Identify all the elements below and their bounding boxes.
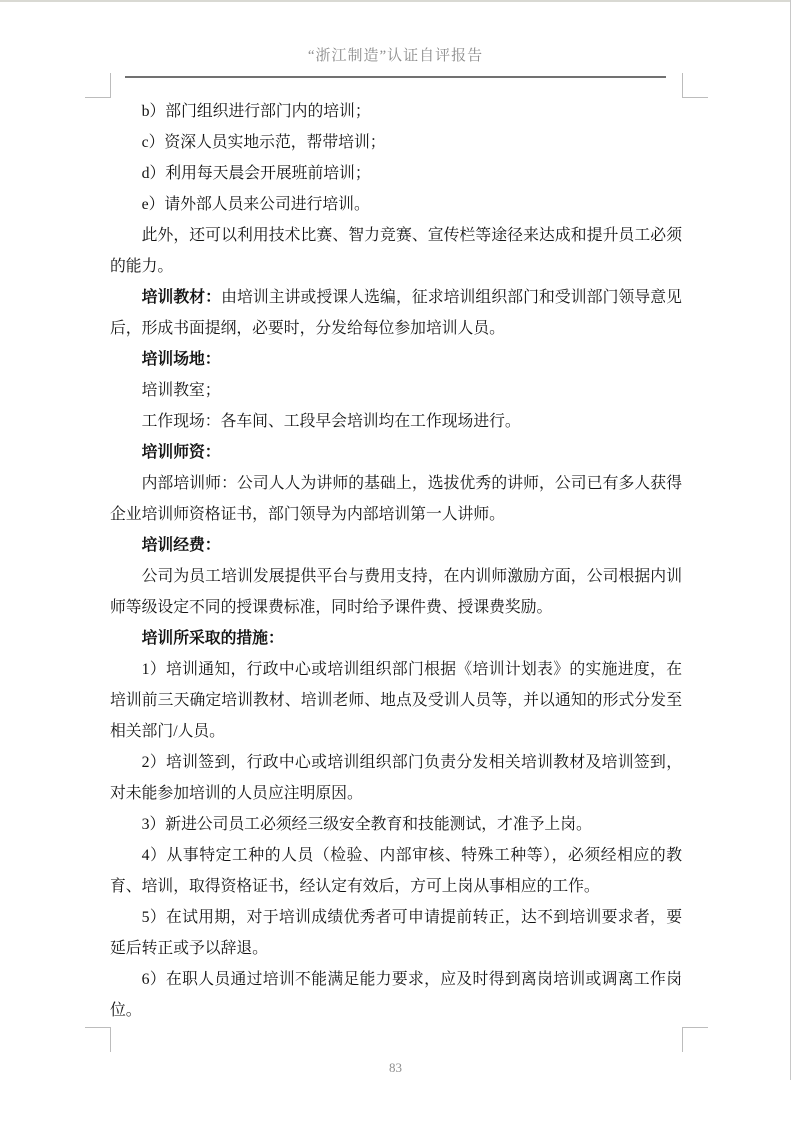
- paragraph-19: 5）在试用期，对于培训成绩优秀者可申请提前转正，达不到培训要求者，要延后转正或予…: [110, 902, 682, 964]
- document-page: “浙江制造”认证自评报告 b）部门组织进行部门内的培训；c）资深人员实地示范，帮…: [0, 0, 791, 1122]
- paragraph-14: 培训所采取的措施：: [110, 623, 682, 654]
- paragraph-15: 1）培训通知，行政中心或培训组织部门根据《培训计划表》的实施进度，在培训前三天确…: [110, 654, 682, 747]
- document-body: b）部门组织进行部门内的培训；c）资深人员实地示范，帮带培训；d）利用每天晨会开…: [110, 96, 682, 1026]
- paragraph-3: d）利用每天晨会开展班前培训；: [110, 158, 682, 189]
- text-boundary-corner-top-left: [85, 73, 111, 98]
- paragraph-16: 2）培训签到，行政中心或培训组织部门负责分发相关培训教材及培训签到，对未能参加培…: [110, 747, 682, 809]
- paragraph-heading: 培训师资：: [142, 444, 221, 461]
- page-header-title: “浙江制造”认证自评报告: [0, 44, 791, 65]
- paragraph-11: 内部培训师：公司人人为讲师的基础上，选拔优秀的讲师，公司已有多人获得企业培训师资…: [110, 468, 682, 530]
- paragraph-18: 4）从事特定工种的人员（检验、内部审核、特殊工种等），必须经相应的教育、培训，取…: [110, 840, 682, 902]
- paragraph-8: 培训教室；: [110, 375, 682, 406]
- paragraph-1: b）部门组织进行部门内的培训；: [110, 96, 682, 127]
- footer-page-number: 83: [0, 1060, 791, 1076]
- paragraph-12: 培训经费：: [110, 530, 682, 561]
- paragraph-9: 工作现场：各车间、工段早会培训均在工作现场进行。: [110, 406, 682, 437]
- paragraph-4: e）请外部人员来公司进行培训。: [110, 189, 682, 220]
- paragraph-heading: 培训经费：: [142, 537, 221, 554]
- paragraph-5: 此外，还可以利用技术比赛、智力竞赛、宣传栏等途径来达成和提升员工必须的能力。: [110, 220, 682, 282]
- text-boundary-corner-bottom-left: [85, 1027, 111, 1052]
- paragraph-6: 培训教材：由培训主讲或授课人选编，征求培训组织部门和受训部门领导意见后，形成书面…: [110, 282, 682, 344]
- paragraph-2: c）资深人员实地示范，帮带培训；: [110, 127, 682, 158]
- paragraph-7: 培训场地：: [110, 344, 682, 375]
- paragraph-20: 6）在职人员通过培训不能满足能力要求，应及时得到离岗培训或调离工作岗位。: [110, 964, 682, 1026]
- paragraph-heading: 培训所采取的措施：: [142, 630, 284, 647]
- text-boundary-corner-bottom-right: [682, 1027, 708, 1052]
- header-rule: [125, 76, 666, 78]
- paragraph-10: 培训师资：: [110, 437, 682, 468]
- paragraph-heading: 培训场地：: [142, 351, 221, 368]
- text-boundary-corner-top-right: [682, 73, 708, 98]
- paragraph-17: 3）新进公司员工必须经三级安全教育和技能测试，才准予上岗。: [110, 809, 682, 840]
- page-border-top: [0, 0, 791, 2]
- paragraph-heading: 培训教材：: [142, 289, 221, 306]
- paragraph-13: 公司为员工培训发展提供平台与费用支持，在内训师激励方面，公司根据内训师等级设定不…: [110, 561, 682, 623]
